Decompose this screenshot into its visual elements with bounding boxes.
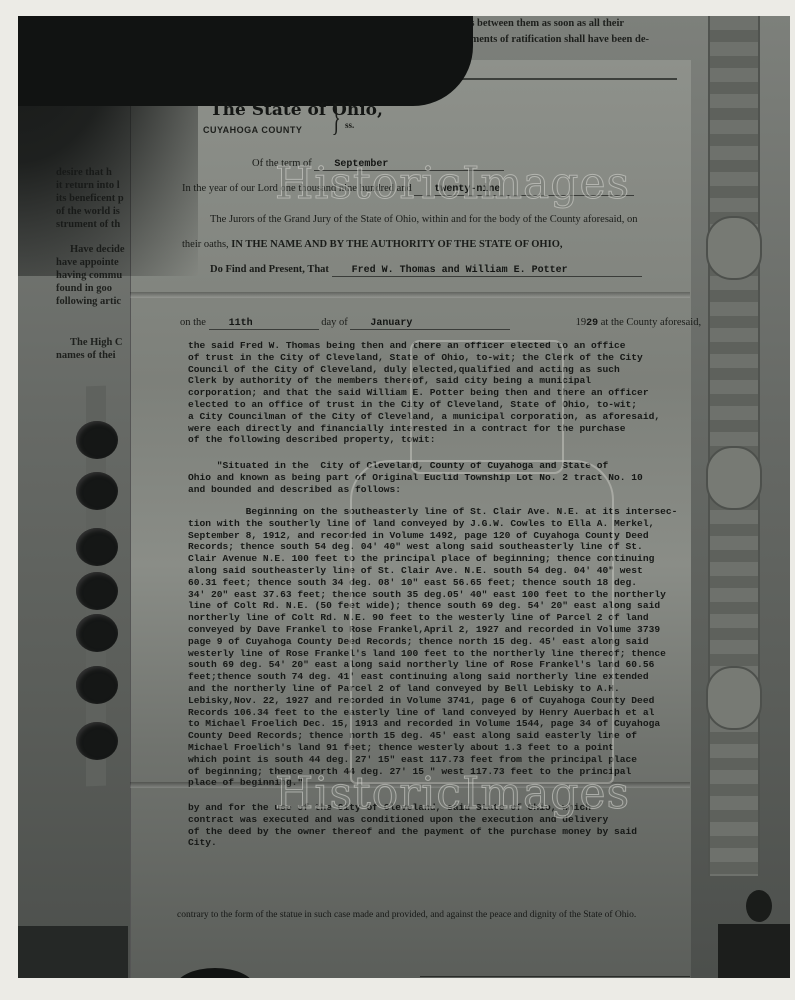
month-value: January bbox=[350, 318, 510, 330]
treaty-fragment: The High C bbox=[56, 337, 123, 348]
year-suffix: 29 bbox=[586, 318, 598, 329]
oaths-authority: IN THE NAME AND BY THE AUTHORITY OF THE … bbox=[231, 239, 562, 250]
wax-seal bbox=[76, 666, 118, 704]
year-line: In the year of our Lord one thousand nin… bbox=[182, 183, 634, 196]
ornament-medallion bbox=[706, 666, 762, 730]
photo-border bbox=[0, 978, 795, 1000]
year-label: In the year of our Lord one thousand nin… bbox=[182, 183, 412, 194]
date-line: on the 11th day of January 1929 at the C… bbox=[180, 317, 701, 330]
paper-fold bbox=[130, 292, 690, 298]
county-aforesaid: at the County aforesaid, bbox=[601, 317, 701, 328]
treaty-fragment: found in goo bbox=[56, 283, 112, 294]
term-value: September bbox=[314, 159, 504, 171]
paper-fold bbox=[130, 782, 690, 788]
term-label: Of the term of bbox=[252, 158, 312, 169]
wax-seal bbox=[76, 572, 118, 610]
property-description-paragraph: Beginning on the southeasterly line of S… bbox=[188, 506, 683, 789]
day-of-label: day of bbox=[321, 317, 348, 328]
term-line: Of the term of September bbox=[252, 158, 504, 171]
ornament-medallion bbox=[706, 216, 762, 280]
property-situation-paragraph: "Situated in the City of Cleveland, Coun… bbox=[188, 460, 683, 495]
wax-seal bbox=[76, 421, 118, 459]
jurors-line: The Jurors of the Grand Jury of the Stat… bbox=[210, 214, 638, 225]
year-prefix: 19 bbox=[576, 317, 587, 328]
charge-paragraph: the said Fred W. Thomas being then and t… bbox=[188, 340, 683, 446]
present-line: Do Find and Present, That Fred W. Thomas… bbox=[210, 264, 642, 277]
wax-seal bbox=[76, 472, 118, 510]
brace: } bbox=[332, 98, 341, 138]
wax-seal bbox=[76, 722, 118, 760]
day-value: 11th bbox=[209, 318, 319, 330]
treaty-line: ruments of ratification shall have been … bbox=[438, 32, 718, 48]
treaty-line: effect as between them as soon as all th… bbox=[438, 16, 718, 32]
treaty-top-text: effect as between them as soon as all th… bbox=[438, 16, 718, 48]
state-title: The State of Ohio, bbox=[210, 100, 383, 120]
county-label: CUYAHOGA COUNTY bbox=[203, 125, 302, 135]
treaty-fragment: following artic bbox=[56, 296, 121, 307]
defendants-value: Fred W. Thomas and William E. Potter bbox=[332, 265, 642, 277]
closing-statement: contrary to the form of the statue in su… bbox=[177, 908, 687, 922]
state-header: The State of Ohio, bbox=[210, 100, 383, 120]
contract-paragraph: by and for the use of the City of Clevel… bbox=[188, 802, 683, 849]
wax-seal bbox=[746, 890, 772, 922]
treaty-fragment: names of thei bbox=[56, 350, 116, 361]
signature-line bbox=[420, 976, 690, 977]
year-value: twenty-nine bbox=[414, 184, 634, 196]
wax-seal bbox=[76, 614, 118, 652]
ss-label: ss. bbox=[345, 120, 354, 130]
wax-seal bbox=[76, 528, 118, 566]
thumb bbox=[18, 16, 473, 106]
present-label: Do Find and Present, That bbox=[210, 264, 329, 275]
oaths-prefix: their oaths, bbox=[182, 239, 229, 250]
oaths-line: their oaths, IN THE NAME AND BY THE AUTH… bbox=[182, 239, 562, 250]
ornament-medallion bbox=[706, 446, 762, 510]
on-the-label: on the bbox=[180, 317, 206, 328]
